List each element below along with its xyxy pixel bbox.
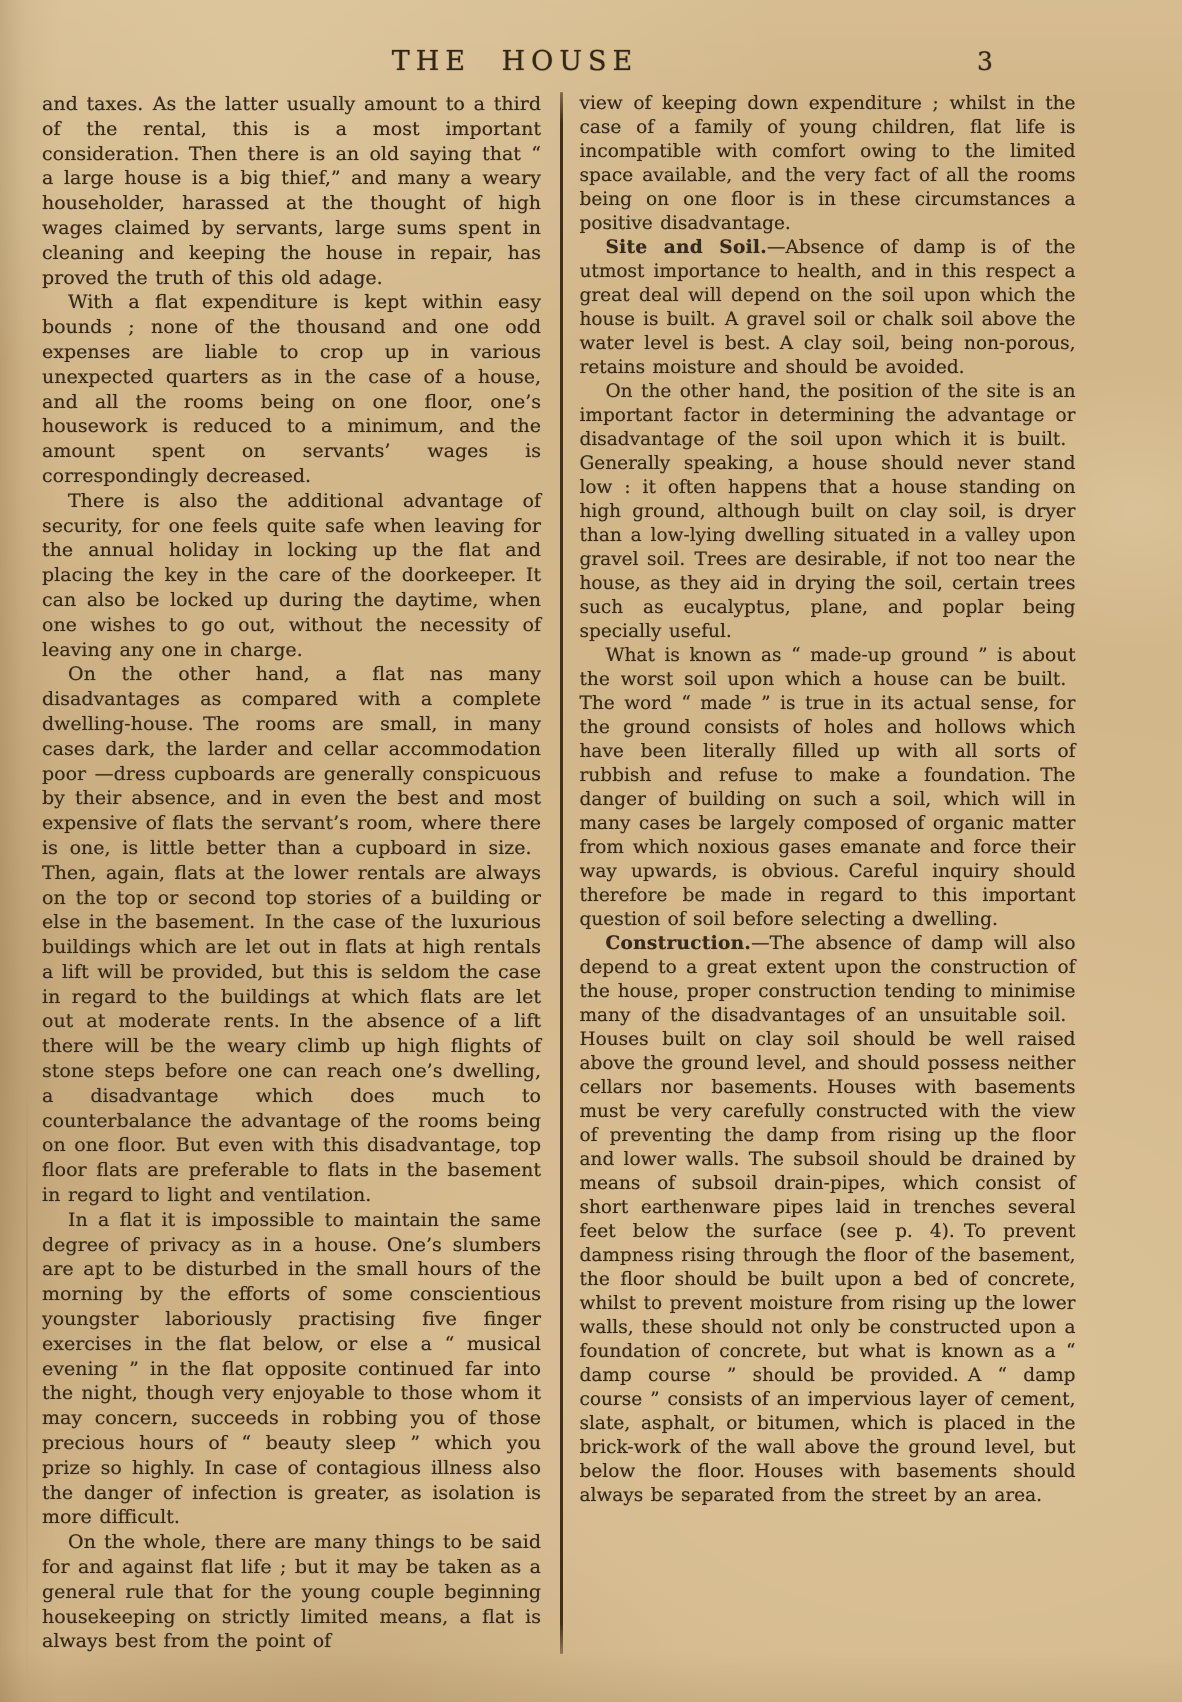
paragraph: On the other hand, a flat nas many disad… [42, 662, 541, 1208]
paragraph-text: —Absence of damp is of the utmost import… [580, 237, 1076, 378]
page-header: THE HOUSE 3 [0, 46, 1182, 88]
page-title: THE HOUSE [0, 46, 1030, 77]
paragraph-text: —The absence of damp will also depend to… [580, 933, 1076, 1506]
paragraph: There is also the additional advantage o… [42, 489, 541, 663]
run-in-heading-site-and-soil: Site and Soil. [606, 237, 767, 258]
scanned-book-page: { "header": { "title": "THE HOUSE", "pag… [0, 0, 1182, 1702]
paragraph: Construction.—The absence of damp will a… [580, 932, 1076, 1508]
two-column-text-block: and taxes. As the latter usually amount … [42, 92, 1076, 1654]
left-column: and taxes. As the latter usually amount … [42, 92, 541, 1654]
paragraph: What is known as “ made-up ground ” is a… [580, 644, 1076, 932]
right-column: view of keeping down expenditure ; whils… [580, 92, 1076, 1654]
paragraph: In a flat it is impossible to maintain t… [42, 1208, 541, 1530]
paper-crease [26, 1080, 28, 1700]
run-in-heading-construction: Construction. [606, 933, 752, 954]
paragraph: With a flat expenditure is kept within e… [42, 290, 541, 488]
paragraph: On the whole, there are many things to b… [42, 1530, 541, 1654]
paragraph: Site and Soil.—Absence of damp is of the… [580, 236, 1076, 380]
paragraph: view of keeping down expenditure ; whils… [580, 92, 1076, 236]
page-number: 3 [977, 47, 993, 76]
paragraph: On the other hand, the position of the s… [580, 380, 1076, 644]
column-divider-rule [560, 92, 563, 1654]
paragraph: and taxes. As the latter usually amount … [42, 92, 541, 290]
